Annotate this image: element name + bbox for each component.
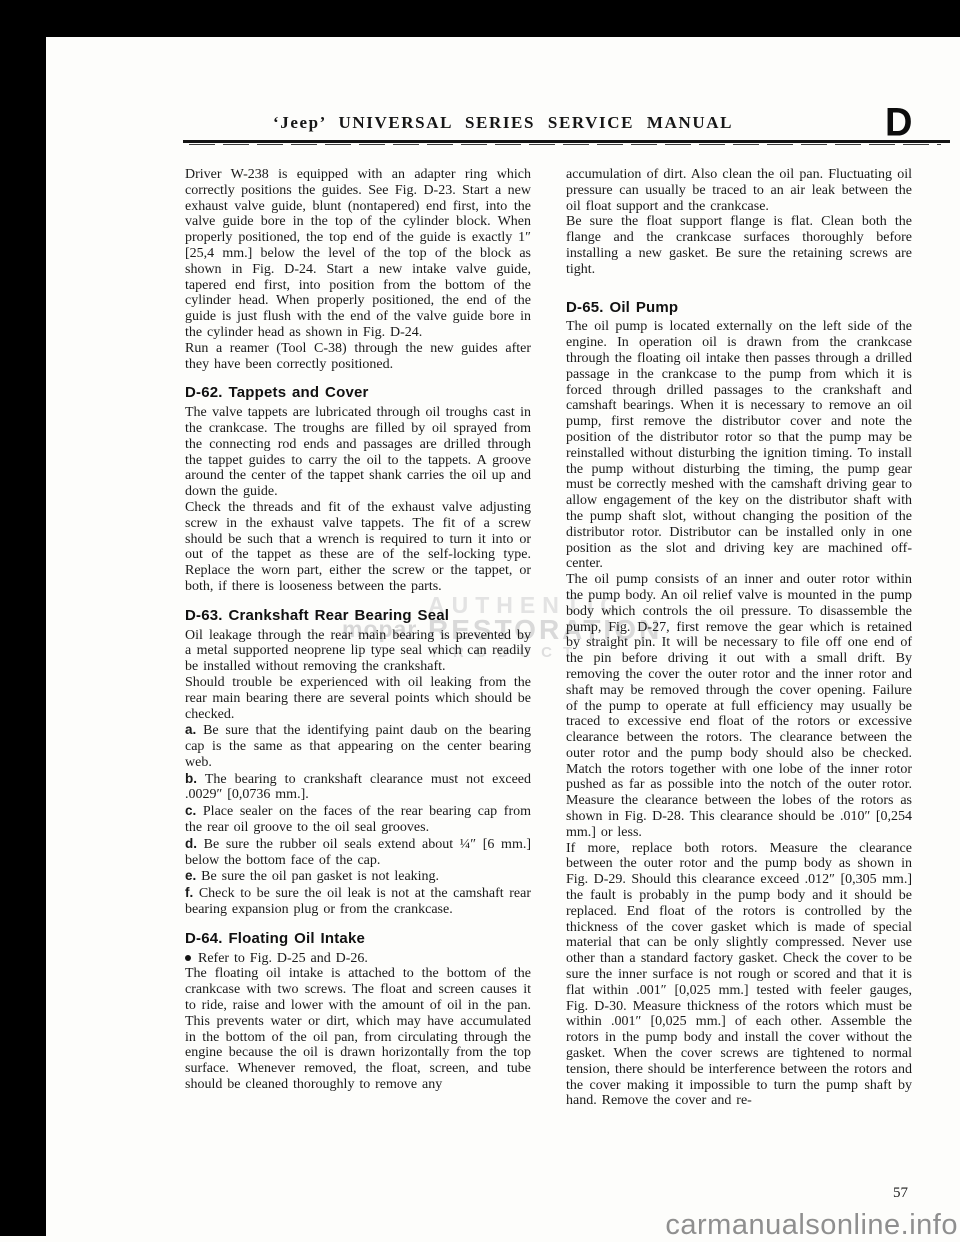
step-item-c: c. Place sealer on the faces of the rear… bbox=[185, 803, 531, 836]
step-text: The bearing to crankshaft clearance must… bbox=[185, 772, 531, 803]
step-label: a. bbox=[185, 722, 196, 737]
bullet-text: Refer to Fig. D-25 and D-26. bbox=[198, 951, 368, 966]
paragraph-oil-pump-clearance: If more, replace both rotors. Measure th… bbox=[566, 841, 912, 1110]
step-label: d. bbox=[185, 836, 197, 851]
step-text: Be sure the oil pan gasket is not leakin… bbox=[201, 869, 439, 884]
step-text: Check to be sure the oil leak is not at … bbox=[185, 886, 531, 917]
section-letter-d: D bbox=[885, 102, 912, 144]
carmanuals-watermark: carmanualsonline.info bbox=[665, 1209, 958, 1242]
step-item-e: e. Be sure the oil pan gasket is not lea… bbox=[185, 868, 531, 885]
step-item-f: f. Check to be sure the oil leak is not … bbox=[185, 885, 531, 918]
step-text: Place sealer on the faces of the rear be… bbox=[185, 804, 531, 835]
scan-edge-sliver bbox=[0, 1236, 46, 1242]
paragraph-tappets-lubrication: The valve tappets are lubricated through… bbox=[185, 405, 531, 500]
section-heading-d62: D-62. Tappets and Cover bbox=[185, 385, 531, 401]
step-item-a: a. Be sure that the identifying paint da… bbox=[185, 722, 531, 770]
paragraph-oil-pump-rotors: The oil pump consists of an inner and ou… bbox=[566, 572, 912, 841]
step-item-b: b. The bearing to crankshaft clearance m… bbox=[185, 771, 531, 804]
step-label: b. bbox=[185, 771, 197, 786]
section-heading-d64: D-64. Floating Oil Intake bbox=[185, 931, 531, 947]
bullet-reference-line: Refer to Fig. D-25 and D-26. bbox=[185, 951, 531, 967]
page: ‘Jeep’ UNIVERSAL SERIES SERVICE MANUAL D… bbox=[46, 37, 960, 1242]
header-rule bbox=[183, 140, 950, 143]
paragraph-valve-guides: Driver W-238 is equipped with an adapter… bbox=[185, 167, 531, 341]
paragraph-float-flange: Be sure the float support flange is flat… bbox=[566, 214, 912, 277]
paragraph-tappets-check: Check the threads and fit of the exhaust… bbox=[185, 500, 531, 595]
step-label: f. bbox=[185, 885, 193, 900]
paragraph-oil-pump-location: The oil pump is located externally on th… bbox=[566, 319, 912, 572]
manual-header-title: ‘Jeep’ UNIVERSAL SERIES SERVICE MANUAL bbox=[46, 113, 960, 133]
step-item-d: d. Be sure the rubber oil seals extend a… bbox=[185, 836, 531, 869]
page-number: 57 bbox=[893, 1185, 908, 1202]
paragraph-accumulation: accumulation of dirt. Also clean the oil… bbox=[566, 167, 912, 214]
paragraph-reamer: Run a reamer (Tool C-38) through the new… bbox=[185, 341, 531, 373]
step-label: e. bbox=[185, 868, 196, 883]
section-heading-d63: D-63. Crankshaft Rear Bearing Seal bbox=[185, 608, 531, 624]
scanned-page: ‘Jeep’ UNIVERSAL SERIES SERVICE MANUAL D… bbox=[0, 0, 960, 1242]
step-label: c. bbox=[185, 803, 196, 818]
section-heading-d65: D-65. Oil Pump bbox=[566, 300, 912, 316]
step-text: Be sure the rubber oil seals extend abou… bbox=[185, 837, 531, 868]
bullet-icon bbox=[185, 955, 191, 961]
paragraph-floating-intake: The floating oil intake is attached to t… bbox=[185, 966, 531, 1092]
right-column: accumulation of dirt. Also clean the oil… bbox=[566, 167, 912, 1109]
left-column: Driver W-238 is equipped with an adapter… bbox=[185, 167, 531, 1093]
paragraph-seal-intro: Oil leakage through the rear main bearin… bbox=[185, 628, 531, 675]
step-text: Be sure that the identifying paint daub … bbox=[185, 723, 531, 770]
paragraph-seal-trouble: Should trouble be experienced with oil l… bbox=[185, 675, 531, 722]
